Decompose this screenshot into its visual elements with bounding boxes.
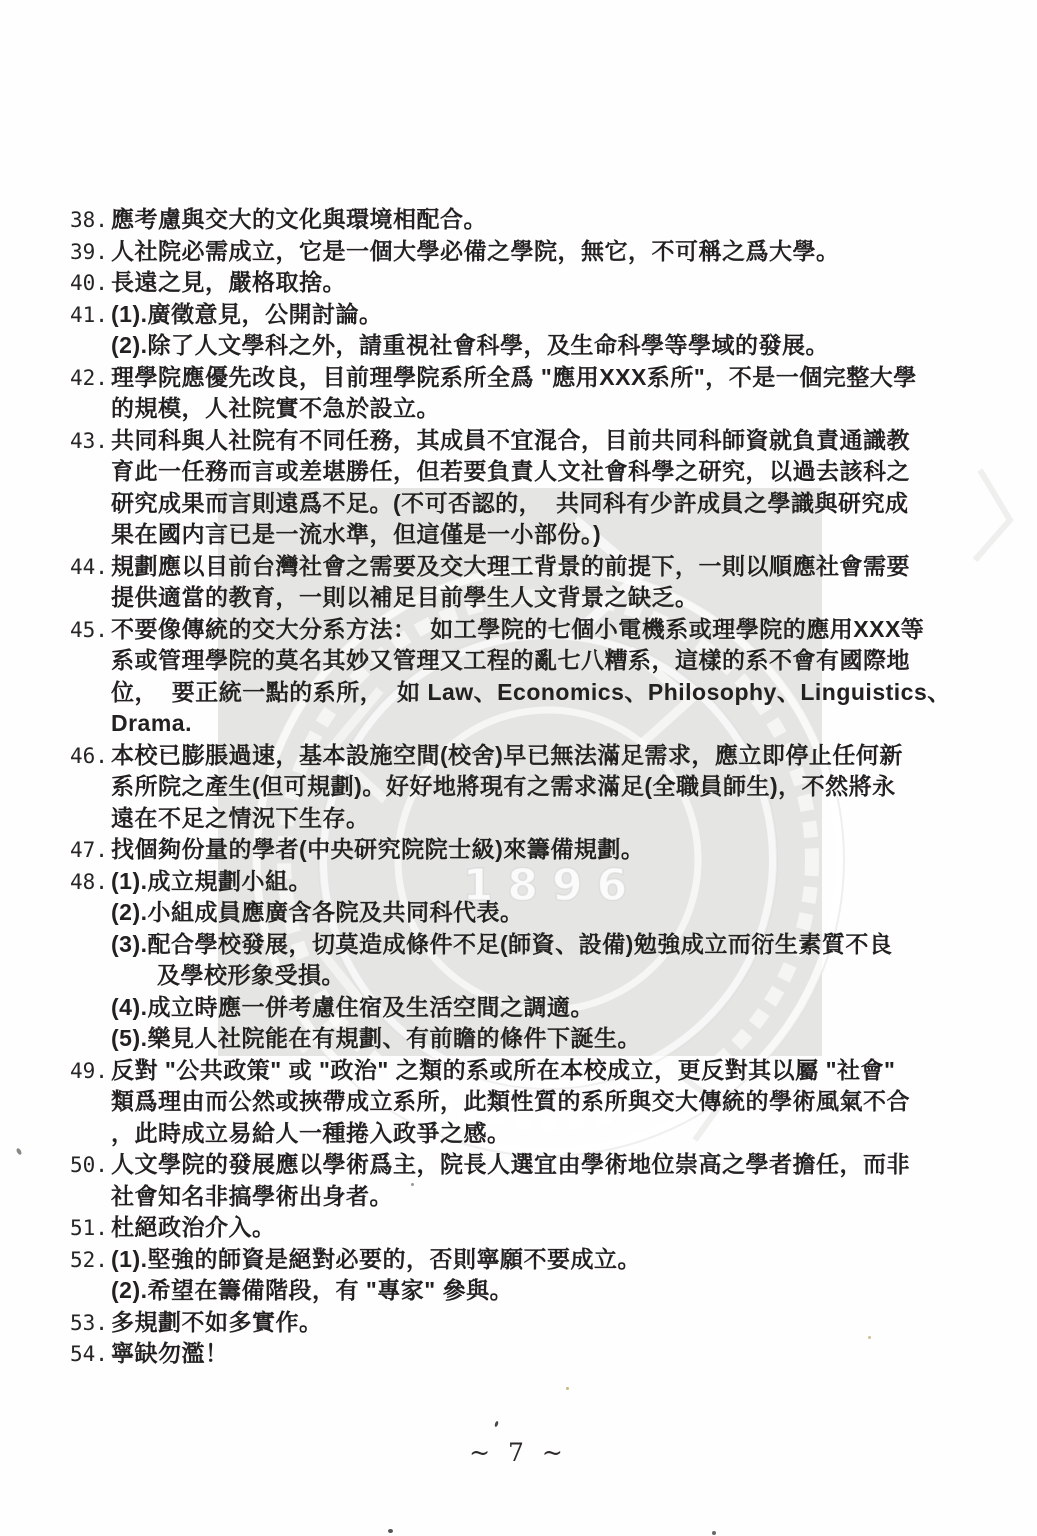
list-item: 50.人文學院的發展應以學術爲主，院長人選宜由學術地位崇高之學者擔任，而非 bbox=[0, 1149, 1037, 1181]
list-item: 及學校形象受損。 bbox=[0, 960, 1037, 992]
item-text: Drama. bbox=[111, 708, 192, 740]
list-item: 38.應考慮與交大的文化與環境相配合。 bbox=[0, 204, 1037, 236]
item-number: 54. bbox=[70, 1339, 111, 1371]
item-text: 果在國内言已是一流水準，但這僅是一小部份。) bbox=[111, 519, 601, 551]
item-text: 寧缺勿濫！ bbox=[111, 1338, 229, 1370]
comment-list: 38.應考慮與交大的文化與環境相配合。 39.人社院必需成立，它是一個大學必備之… bbox=[0, 204, 1037, 1370]
item-text: ，此時成立易給人一種捲入政爭之感。 bbox=[111, 1118, 511, 1150]
list-item: ，此時成立易給人一種捲入政爭之感。 bbox=[0, 1118, 1037, 1150]
list-item: 45.不要像傳統的交大分系方法： 如工學院的七個小電機系或理學院的應用XXX等 bbox=[0, 614, 1037, 646]
item-text: 社會知名非搞學術出身者。 bbox=[111, 1181, 393, 1213]
item-text: 系所院之產生(但可規劃)。好好地將現有之需求滿足(全職員師生)，不然將永 bbox=[111, 771, 896, 803]
list-item: 遠在不足之情況下生存。 bbox=[0, 803, 1037, 835]
item-text: 研究成果而言則遠爲不足。(不可否認的， 共同科有少許成員之學識與研究成 bbox=[111, 488, 908, 520]
list-item: 52.(1).堅強的師資是絕對必要的，否則寧願不要成立。 bbox=[0, 1244, 1037, 1276]
item-text: 遠在不足之情況下生存。 bbox=[111, 803, 370, 835]
list-item: 46.本校已膨脹過速，基本設施空間(校舍)早已無法滿足需求，應立即停止任何新 bbox=[0, 740, 1037, 772]
list-item: 40.長遠之見，嚴格取捨。 bbox=[0, 267, 1037, 299]
item-text: (4).成立時應一併考慮住宿及生活空間之調適。 bbox=[111, 992, 594, 1024]
item-text: 共同科與人社院有不同任務，其成員不宜混合，目前共同科師資就負責通識教 bbox=[111, 425, 910, 457]
item-number: 44. bbox=[70, 552, 111, 584]
item-text: 規劃應以目前台灣社會之需要及交大理工背景的前提下，一則以順應社會需要 bbox=[111, 551, 910, 583]
item-text: 的規模，人社院實不急於設立。 bbox=[111, 393, 440, 425]
list-item: (2).除了人文學科之外，請重視社會科學，及生命科學等學域的發展。 bbox=[0, 330, 1037, 362]
list-item: 41.(1).廣徵意見，公開討論。 bbox=[0, 299, 1037, 331]
list-item: (2).希望在籌備階段，有 "專家" 參與。 bbox=[0, 1275, 1037, 1307]
scan-speck bbox=[712, 1531, 716, 1535]
item-text: (1).堅強的師資是絕對必要的，否則寧願不要成立。 bbox=[111, 1244, 641, 1276]
list-item: (5).樂見人社院能在有規劃、有前瞻的條件下誕生。 bbox=[0, 1023, 1037, 1055]
list-item: 39.人社院必需成立，它是一個大學必備之學院，無它，不可稱之爲大學。 bbox=[0, 236, 1037, 268]
list-item: 47.找個夠份量的學者(中央研究院院士級)來籌備規劃。 bbox=[0, 834, 1037, 866]
item-text: 找個夠份量的學者(中央研究院院士級)來籌備規劃。 bbox=[111, 834, 644, 866]
item-number: 50. bbox=[70, 1150, 111, 1182]
item-number: 48. bbox=[70, 867, 111, 899]
list-item: 果在國内言已是一流水準，但這僅是一小部份。) bbox=[0, 519, 1037, 551]
item-text: (5).樂見人社院能在有規劃、有前瞻的條件下誕生。 bbox=[111, 1023, 641, 1055]
scan-speck bbox=[494, 1421, 499, 1428]
item-text: 反對 "公共政策" 或 "政治" 之類的系或所在本校成立，更反對其以屬 "社會" bbox=[111, 1055, 895, 1087]
list-item: 育此一任務而言或差堪勝任，但若要負責人文社會科學之研究，以過去該科之 bbox=[0, 456, 1037, 488]
item-number: 53. bbox=[70, 1308, 111, 1340]
item-text: 人社院必需成立，它是一個大學必備之學院，無它，不可稱之爲大學。 bbox=[111, 236, 840, 268]
item-number: 49. bbox=[70, 1056, 111, 1088]
list-item: 54.寧缺勿濫！ bbox=[0, 1338, 1037, 1370]
item-text: 類爲理由而公然或挾帶成立系所，此類性質的系所與交大傳統的學術風氣不合 bbox=[111, 1086, 910, 1118]
list-item: 42.理學院應優先改良，目前理學院系所全爲 "應用XXX系所"，不是一個完整大學 bbox=[0, 362, 1037, 394]
list-item: 系或管理學院的莫名其妙又管理又工程的亂七八糟系，這樣的系不會有國際地 bbox=[0, 645, 1037, 677]
item-text: (1).廣徵意見，公開討論。 bbox=[111, 299, 383, 331]
item-text: (1).成立規劃小組。 bbox=[111, 866, 312, 898]
item-text: 及學校形象受損。 bbox=[111, 960, 345, 992]
list-item: 51.杜絕政治介入。 bbox=[0, 1212, 1037, 1244]
item-text: 應考慮與交大的文化與環境相配合。 bbox=[111, 204, 487, 236]
item-number: 43. bbox=[70, 426, 111, 458]
item-text: (3).配合學校發展，切莫造成條件不足(師資、設備)勉強成立而衍生素質不良 bbox=[111, 929, 892, 961]
list-item: (3).配合學校發展，切莫造成條件不足(師資、設備)勉強成立而衍生素質不良 bbox=[0, 929, 1037, 961]
item-text: 理學院應優先改良，目前理學院系所全爲 "應用XXX系所"，不是一個完整大學 bbox=[111, 362, 917, 394]
scan-speck bbox=[411, 1183, 414, 1186]
item-number: 52. bbox=[70, 1245, 111, 1277]
item-number: 38. bbox=[70, 205, 111, 237]
item-text: 育此一任務而言或差堪勝任，但若要負責人文社會科學之研究，以過去該科之 bbox=[111, 456, 910, 488]
item-number: 47. bbox=[70, 835, 111, 867]
list-item: 類爲理由而公然或挾帶成立系所，此類性質的系所與交大傳統的學術風氣不合 bbox=[0, 1086, 1037, 1118]
list-item: 位， 要正統一點的系所， 如 Law、Economics、Philosophy、… bbox=[0, 677, 1037, 709]
item-number: 45. bbox=[70, 615, 111, 647]
list-item: 43.共同科與人社院有不同任務，其成員不宜混合，目前共同科師資就負責通識教 bbox=[0, 425, 1037, 457]
item-text: 長遠之見，嚴格取捨。 bbox=[111, 267, 346, 299]
item-text: 本校已膨脹過速，基本設施空間(校舍)早已無法滿足需求，應立即停止任何新 bbox=[111, 740, 903, 772]
list-item: 社會知名非搞學術出身者。 bbox=[0, 1181, 1037, 1213]
item-text: 位， 要正統一點的系所， 如 Law、Economics、Philosophy、… bbox=[111, 677, 951, 709]
document-page: 1896 38.應考慮與交大的文化與環境相配合。 39.人社院必需成立，它是一個… bbox=[0, 0, 1037, 1536]
item-text: (2).希望在籌備階段，有 "專家" 參與。 bbox=[111, 1275, 513, 1307]
list-item: 提供適當的教育，一則以補足目前學生人文背景之缺乏。 bbox=[0, 582, 1037, 614]
item-number: 40. bbox=[70, 268, 111, 300]
list-item: 研究成果而言則遠爲不足。(不可否認的， 共同科有少許成員之學識與研究成 bbox=[0, 488, 1037, 520]
item-text: 提供適當的教育，一則以補足目前學生人文背景之缺乏。 bbox=[111, 582, 699, 614]
list-item: 53.多規劃不如多實作。 bbox=[0, 1307, 1037, 1339]
item-text: 系或管理學院的莫名其妙又管理又工程的亂七八糟系，這樣的系不會有國際地 bbox=[111, 645, 910, 677]
item-number: 39. bbox=[70, 237, 111, 269]
list-item: 44.規劃應以目前台灣社會之需要及交大理工背景的前提下，一則以順應社會需要 bbox=[0, 551, 1037, 583]
scan-speck bbox=[566, 1387, 569, 1390]
list-item: Drama. bbox=[0, 708, 1037, 740]
item-number: 51. bbox=[70, 1213, 111, 1245]
item-number: 41. bbox=[70, 300, 111, 332]
list-item: 的規模，人社院實不急於設立。 bbox=[0, 393, 1037, 425]
list-item: (4).成立時應一併考慮住宿及生活空間之調適。 bbox=[0, 992, 1037, 1024]
item-text: 不要像傳統的交大分系方法： 如工學院的七個小電機系或理學院的應用XXX等 bbox=[111, 614, 924, 646]
item-text: 杜絕政治介入。 bbox=[111, 1212, 276, 1244]
scan-speck bbox=[868, 1336, 871, 1339]
item-text: 人文學院的發展應以學術爲主，院長人選宜由學術地位崇高之學者擔任，而非 bbox=[111, 1149, 910, 1181]
scan-speck bbox=[388, 1529, 393, 1533]
page-number: ~ 7 ~ bbox=[0, 1438, 1037, 1467]
list-item: 48.(1).成立規劃小組。 bbox=[0, 866, 1037, 898]
list-item: (2).小組成員應廣含各院及共同科代表。 bbox=[0, 897, 1037, 929]
item-number: 42. bbox=[70, 363, 111, 395]
list-item: 系所院之產生(但可規劃)。好好地將現有之需求滿足(全職員師生)，不然將永 bbox=[0, 771, 1037, 803]
item-text: (2).除了人文學科之外，請重視社會科學，及生命科學等學域的發展。 bbox=[111, 330, 829, 362]
list-item: 49.反對 "公共政策" 或 "政治" 之類的系或所在本校成立，更反對其以屬 "… bbox=[0, 1055, 1037, 1087]
item-number: 46. bbox=[70, 741, 111, 773]
item-text: 多規劃不如多實作。 bbox=[111, 1307, 323, 1339]
item-text: (2).小組成員應廣含各院及共同科代表。 bbox=[111, 897, 524, 929]
